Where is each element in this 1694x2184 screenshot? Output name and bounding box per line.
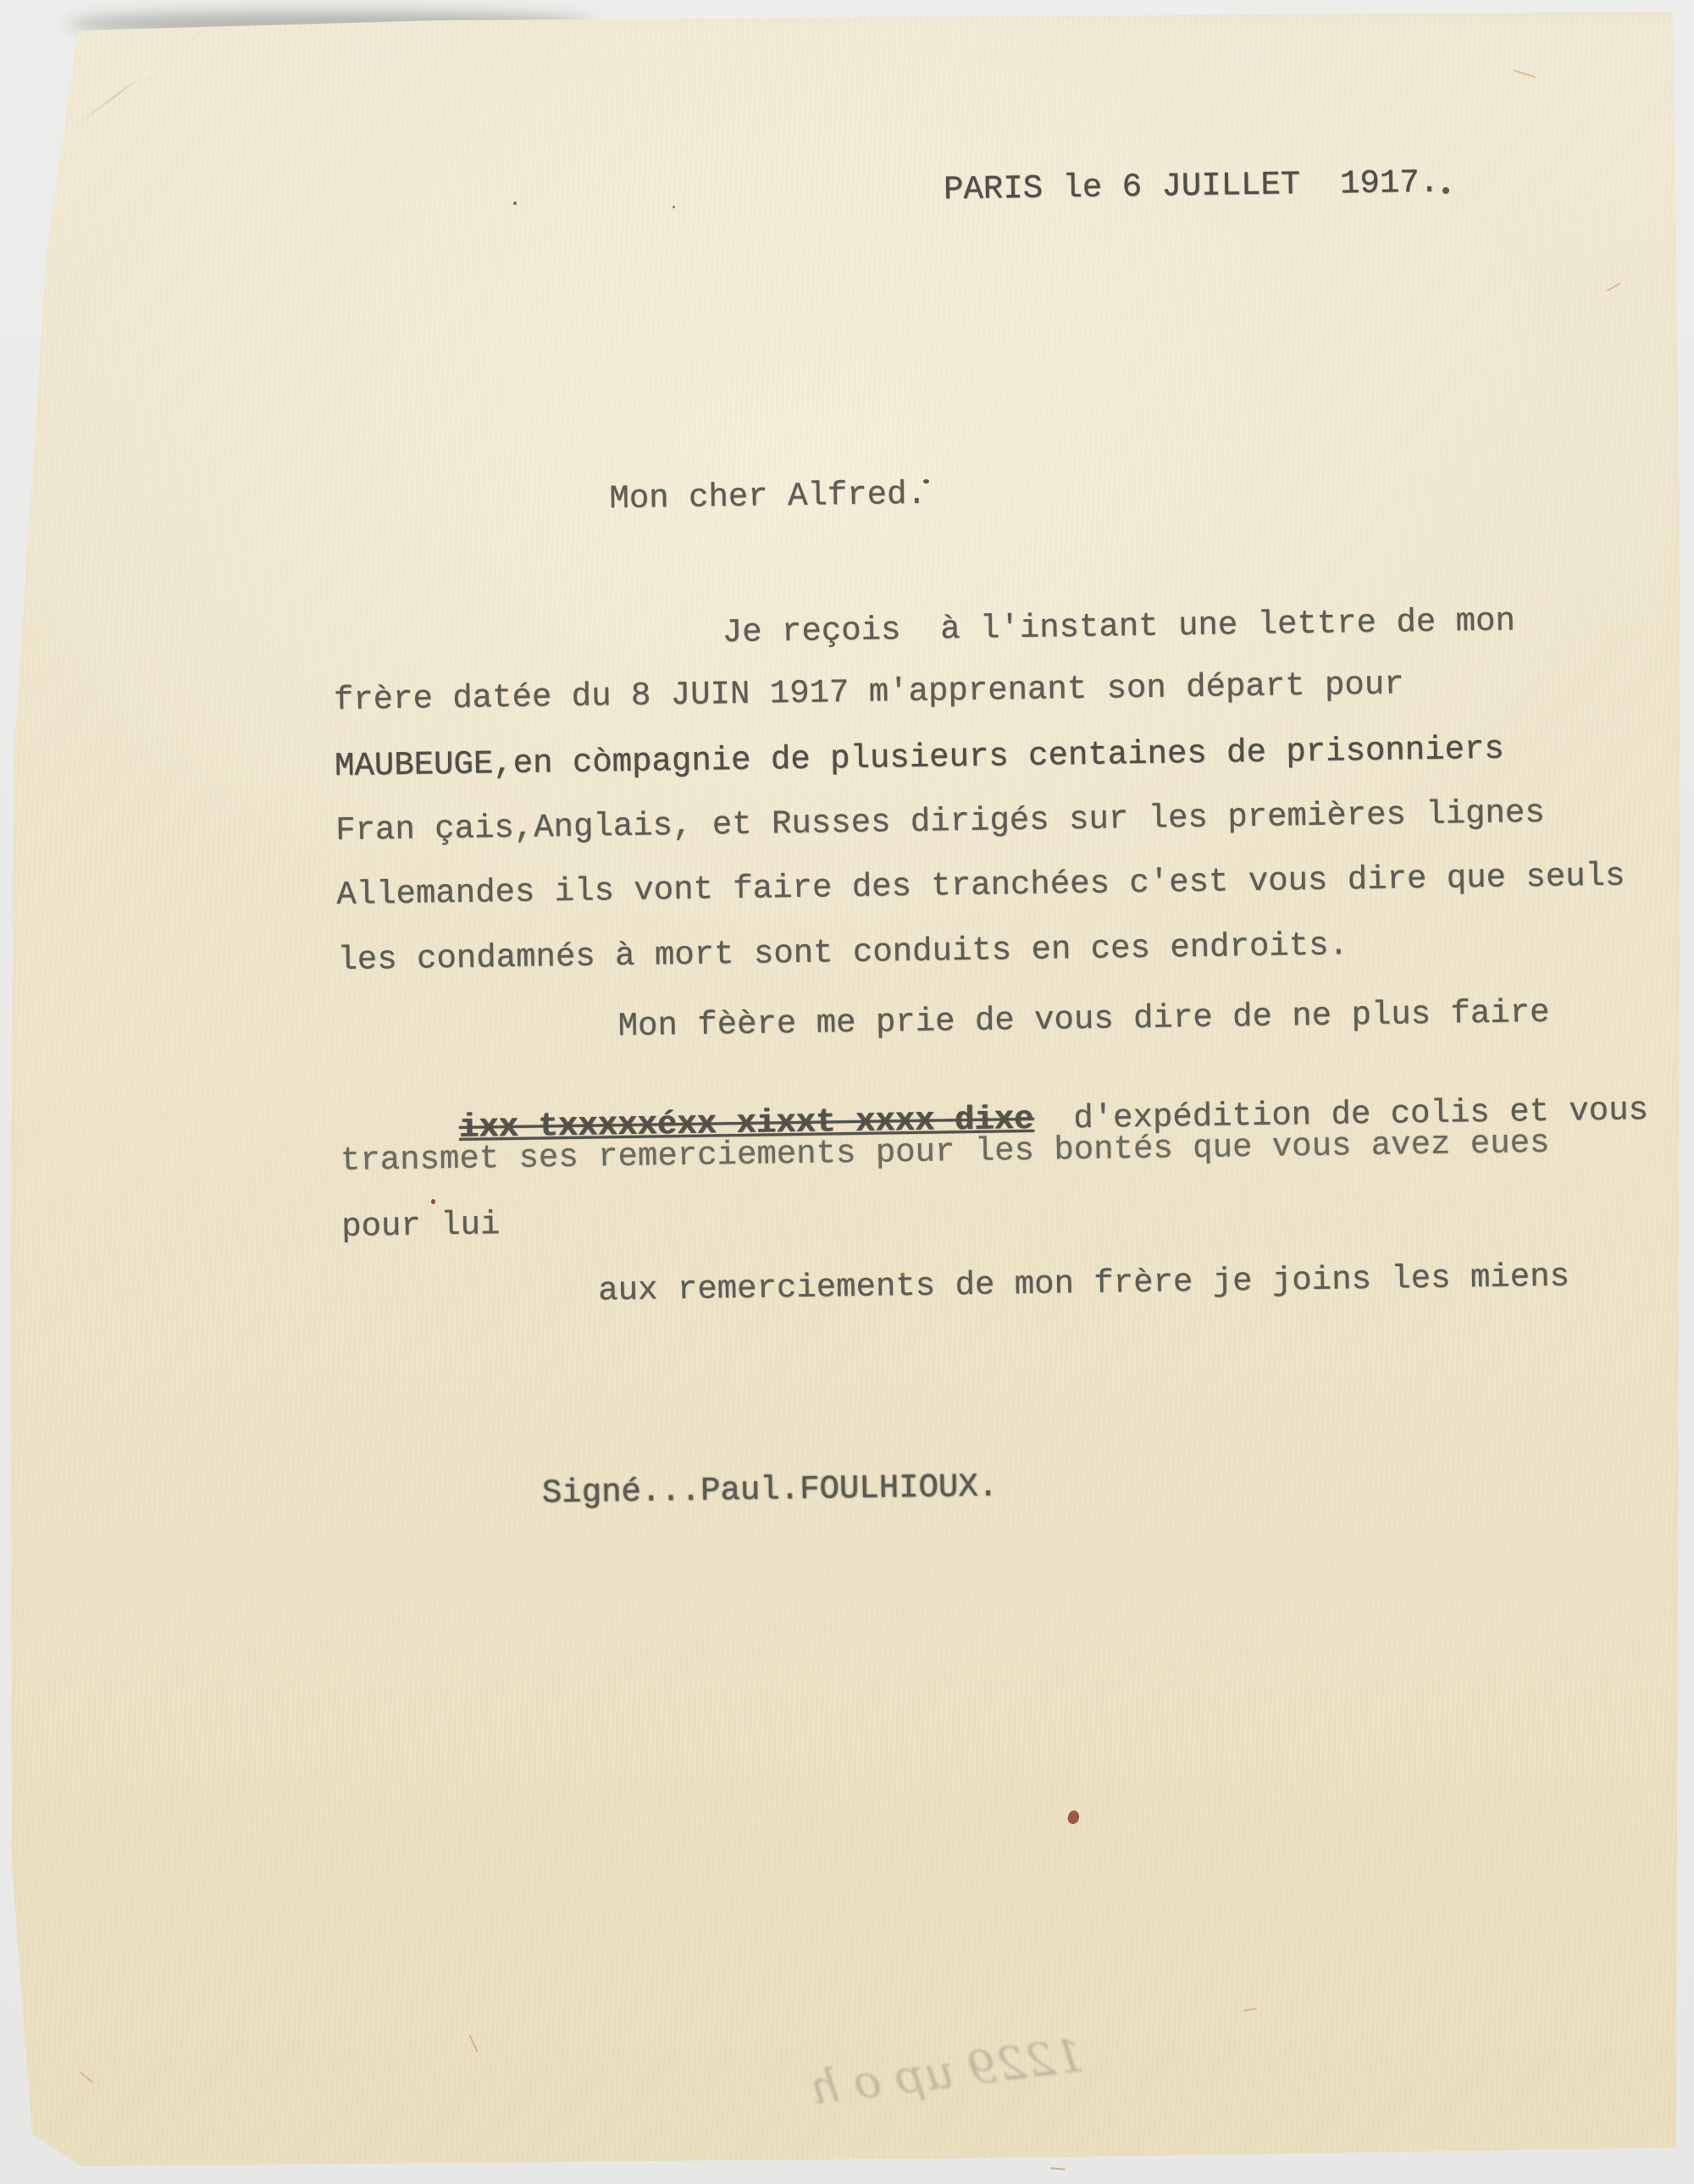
signature-line: Signé...Paul.FOULHIOUX. [542, 1471, 999, 1511]
body-line-4: Fran çais,Anglais, et Russes dirigés sur… [335, 797, 1545, 848]
body-line-2: frère datée du 8 JUIN 1917 m'apprenant s… [334, 668, 1404, 717]
salutation-line: Mon cher Alfred. [609, 478, 927, 517]
body-line-1: Je reçois à l'instant une lettre de mon [722, 605, 1516, 650]
body-line-7: Mon fèère me prie de vous dire de ne plu… [617, 997, 1549, 1043]
body-line-3: MAUBEUGE,en còmpagnie de plusieurs centa… [335, 733, 1504, 783]
typewritten-text-layer: PARIS le 6 JUILLET 1917. Mon cher Alfred… [0, 0, 1694, 2184]
body-line-5: Allemandes ils vont faire des tranchées … [336, 860, 1625, 912]
ink-dot-speck [513, 202, 517, 205]
small-red-speck [431, 1199, 435, 1204]
body-line-6: les condamnés à mort sont conduits en ce… [337, 929, 1348, 977]
dark-speck [1442, 187, 1449, 194]
brown-speck [923, 479, 929, 484]
body-line-10: pour lui [341, 1208, 501, 1244]
body-line-11: aux remerciements de mon frère je joins … [598, 1260, 1569, 1308]
dateline: PARIS le 6 JUILLET 1917. [944, 167, 1440, 207]
tiny-speck [673, 206, 675, 208]
scanned-letter-page: PARIS le 6 JUILLET 1917. Mon cher Alfred… [0, 0, 1694, 2184]
orange-speck [900, 1273, 904, 1276]
